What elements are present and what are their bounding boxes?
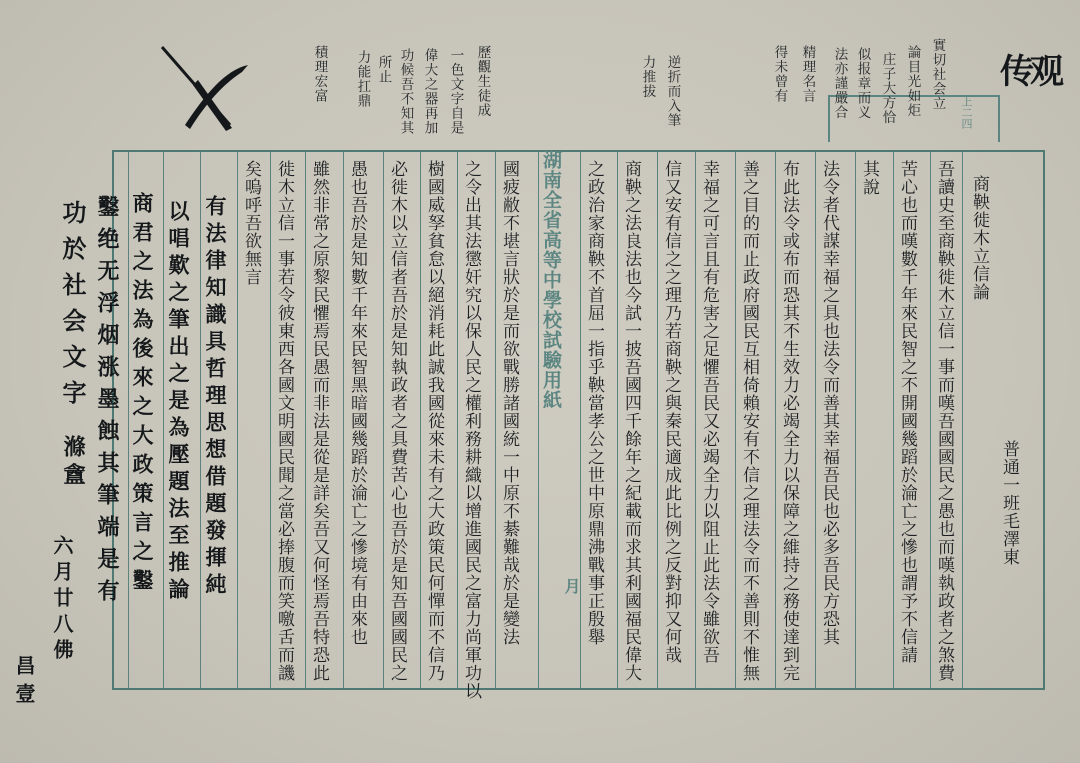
comment-date-line: 六月廿八佛: [52, 535, 72, 665]
column-rule: [270, 152, 271, 688]
top-left-comment-col-1: 歷觀生徒成: [475, 45, 489, 118]
column-rule: [128, 152, 129, 688]
top-left-comment-col-6: 力能扛鼎: [355, 50, 369, 108]
stamp-box-label: 上二四: [958, 96, 974, 129]
comment-signature-name: 滌盦: [62, 435, 84, 491]
author-line: 普通一班毛澤東: [1000, 440, 1017, 566]
essay-column-4: 法令者代謀幸福之具也法令而善其幸福吾民也必多吾民方恐其: [820, 160, 837, 646]
column-rule: [383, 152, 384, 688]
essay-column-7: 幸福之可言且有危害之足懼吾民又必竭全力以阻止此法令雖欲吾: [700, 160, 717, 664]
top-middle-comment-col-4: 力推拔: [640, 55, 654, 99]
essay-column-2: 苦心也而嘆數千年來民智之不開國幾蹈於淪亡之慘也謂予不信請: [898, 160, 915, 664]
column-rule: [775, 152, 776, 688]
teacher-signature: 昌壹: [14, 655, 34, 711]
column-rule: [695, 152, 696, 688]
column-rule: [617, 152, 618, 688]
essay-column-8: 信又安有信之之理乃若商鞅之與秦民適成此比例之反對抑又何哉: [662, 160, 679, 664]
left-comment-col-3: 商君之法為後來之大政策言之鑿: [132, 192, 153, 598]
essay-column-16: 雖然非常之原黎民懼焉民愚而非法是從是詳矣吾又何怪焉吾特恐此: [310, 160, 327, 682]
paper-header-printed: 湖南全省高等中學校試驗用紙: [541, 150, 560, 410]
grade-x-mark-icon: [160, 45, 250, 135]
column-rule: [962, 152, 963, 688]
column-rule: [237, 152, 238, 688]
column-rule: [200, 152, 201, 688]
left-comment-col-4: 鑿绝无浮烟涨墨蝕其筆端是有: [96, 195, 118, 611]
top-left-comment-col-2: 一色文字自是: [448, 48, 462, 135]
top-middle-comment-col-1: 精理名言: [800, 45, 814, 103]
column-rule: [930, 152, 931, 688]
essay-column-1: 吾讀史至商鞅徙木立信一事而嘆吾國國民之愚也而嘆執政者之煞費: [935, 160, 952, 682]
essay-column-9: 商鞅之法良法也今試一披吾國四千餘年之紀載而求其利國福民偉大: [622, 160, 639, 682]
top-left-comment-col-5: 所止: [376, 55, 390, 84]
essay-column-10: 之政治家商鞅不首屈一指乎鞅當孝公之世中原鼎沸戰事正殷舉: [585, 160, 602, 646]
column-rule: [657, 152, 658, 688]
column-rule: [580, 152, 581, 688]
top-right-comment-col-1: 實切社会立: [930, 38, 944, 111]
essay-column-14: 必徙木以立信者吾於是知執政者之具費苦心也吾於是知吾國國民之: [388, 160, 405, 682]
circulate-brush-annotation: 传观: [1000, 55, 1060, 89]
essay-column-13: 樹國威孥貧怠以絕消耗此誠我國從來未有之大政策民何憚而不信乃: [425, 160, 442, 682]
left-comment-col-1: 有法律知識具哲理思想借題發揮純: [205, 195, 226, 600]
top-right-comment-col-4: 似报章而义: [855, 47, 869, 120]
column-rule: [893, 152, 894, 688]
essay-column-3: 其說: [860, 160, 877, 196]
left-comment-col-2: 以唱歎之筆出之是為壓題法至推論: [168, 200, 189, 605]
essay-column-11: 國疲敝不堪言狀於是而欲戰勝諸國統一中原不綦難哉於是變法: [500, 160, 517, 646]
essay-column-6: 善之目的而止政府國民互相倚賴安有不信之理法令而不善則不惟無: [740, 160, 757, 682]
top-left-comment-col-4: 功候吾不知其: [398, 48, 412, 135]
top-left-comment-col-7: 積理宏富: [312, 45, 326, 103]
top-left-comment-col-3: 偉大之器再加: [422, 48, 436, 135]
column-rule: [495, 152, 496, 688]
column-rule: [855, 152, 856, 688]
column-rule: [420, 152, 421, 688]
column-rule: [815, 152, 816, 688]
essay-column-5: 布此法令或布而恐其不生效力必竭全力以保障之維持之務使達到完: [780, 160, 797, 682]
essay-column-17: 徙木立信一事若令彼東西各國文明國民聞之當必捧腹而笑噭舌而譏: [275, 160, 292, 682]
top-right-comment-col-2: 論目光如炬: [905, 45, 919, 118]
essay-title: 商鞅徙木立信論: [970, 175, 987, 301]
top-right-comment-col-3: 庄子大方恰: [880, 52, 894, 125]
essay-column-18: 矣嗚呼吾欲無言: [242, 160, 259, 286]
essay-column-12: 之令出其法懲奸究以保人民之權利務耕織以增進國民之富力尚軍功以: [462, 160, 479, 700]
column-rule: [163, 152, 164, 688]
top-right-comment-col-5: 法亦謹嚴合: [832, 47, 846, 120]
left-comment-col-5: 功於社会文字: [60, 200, 84, 416]
month-label: 月: [563, 578, 579, 595]
top-middle-comment-col-2: 得未曾有: [772, 45, 786, 103]
column-rule: [457, 152, 458, 688]
column-rule: [343, 152, 344, 688]
column-rule: [538, 152, 539, 688]
top-middle-comment-col-3: 逆折而入筆: [665, 55, 679, 128]
column-rule: [305, 152, 306, 688]
essay-column-15: 愚也吾於是知數千年來民智黑暗國幾蹈於淪亡之慘境有由來也: [348, 160, 365, 646]
column-rule: [735, 152, 736, 688]
